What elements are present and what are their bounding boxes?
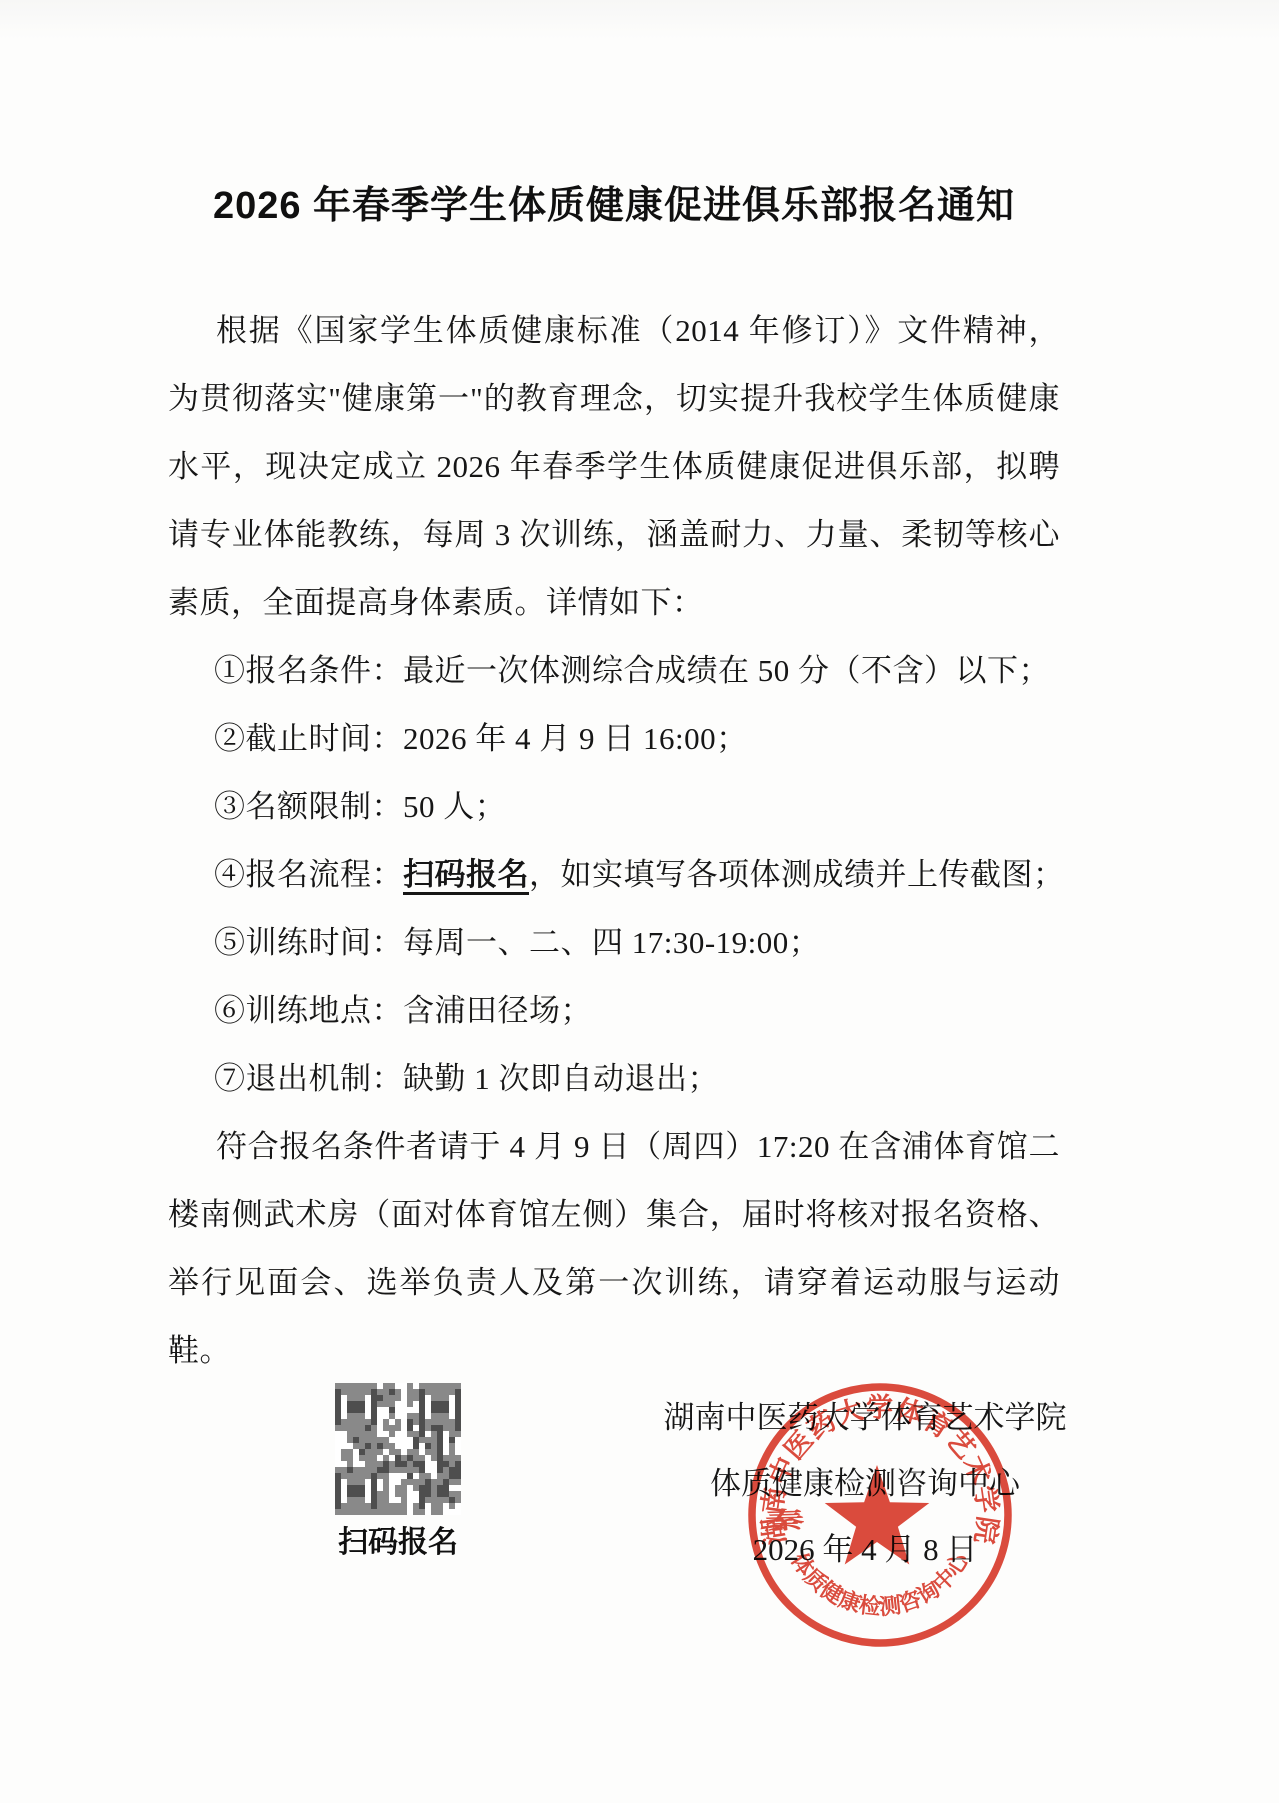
list-item-2: ②截止时间：2026 年 4 月 9 日 16:00； (168, 705, 1060, 773)
seal-overlay-glyph: 秦 (764, 1507, 805, 1534)
qr-block: 扫码报名 (335, 1383, 461, 1563)
qr-code-canvas (335, 1383, 461, 1515)
list-item-4-prefix: ④报名流程： (214, 857, 403, 892)
qr-code (335, 1383, 461, 1515)
intro-paragraph: 根据《国家学生体质健康标准（2014 年修订）》文件精神，为贯彻落实"健康第一"… (168, 297, 1060, 637)
qr-caption: 扫码报名 (335, 1523, 461, 1563)
list-item-1: ①报名条件：最近一次体测综合成绩在 50 分（不含）以下； (168, 637, 1060, 705)
closing-paragraph: 符合报名条件者请于 4 月 9 日（周四）17:20 在含浦体育馆二楼南侧武术房… (168, 1113, 1060, 1385)
notice-body: 根据《国家学生体质健康标准（2014 年修订）》文件精神，为贯彻落实"健康第一"… (168, 297, 1060, 1385)
list-item-3: ③名额限制：50 人； (168, 773, 1060, 841)
official-seal-stamp: 湖南中医药大学体育艺术学院 体质健康检测咨询中心 秦 (744, 1376, 1016, 1654)
notice-title: 2026 年春季学生体质健康促进俱乐部报名通知 (168, 177, 1060, 235)
list-item-6: ⑥训练地点：含浦田径场； (168, 977, 1060, 1045)
list-item-5: ⑤训练时间：每周一、二、四 17:30-19:00； (168, 909, 1060, 977)
list-item-4: ④报名流程：扫码报名，如实填写各项体测成绩并上传截图； (168, 841, 1060, 909)
seal-star-icon (825, 1465, 930, 1565)
list-item-7: ⑦退出机制：缺勤 1 次即自动退出； (168, 1045, 1060, 1113)
seal-bottom-text: 体质健康检测咨询中心 (786, 1547, 974, 1619)
list-item-4-suffix: ，如实填写各项体测成绩并上传截图； (529, 857, 1065, 892)
scan-to-register-link-text: 扫码报名 (403, 857, 529, 892)
